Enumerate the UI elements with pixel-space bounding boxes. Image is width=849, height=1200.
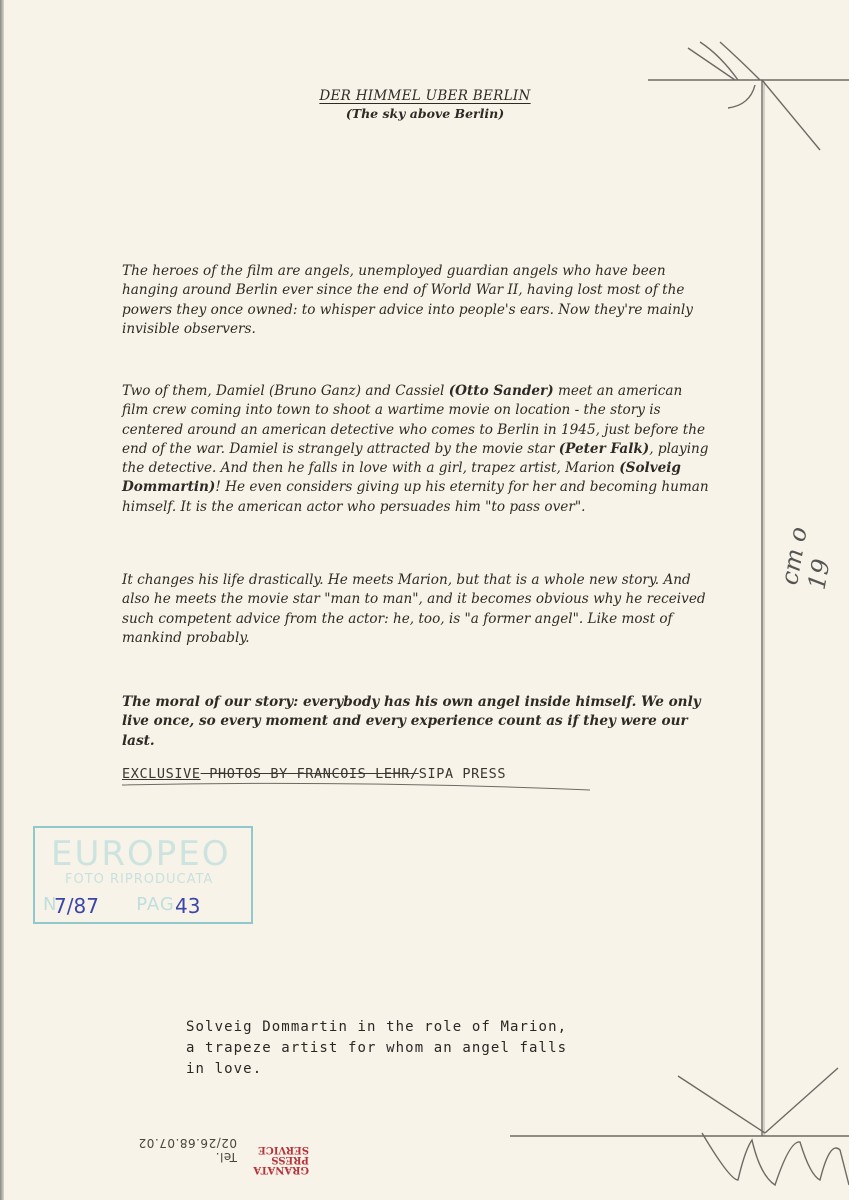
photo-credit: EXCLUSIVE PHOTOS BY FRANCOIS LEHR/SIPA P… [122,766,506,782]
granata-press-stamp: GRANATA PRESS SERVICE Tel. 02/26.68.07.0… [117,1136,317,1176]
granata-brand: GRANATA PRESS SERVICE [253,1144,309,1174]
paragraph-change: It changes his life drastically. He meet… [122,571,712,648]
paragraph-intro: The heroes of the film are angels, unemp… [122,262,712,339]
text-span: Two of them, Damiel (Bruno Ganz) and Cas… [122,383,449,399]
caption-line: in love. [186,1059,567,1080]
brand-line: GRANATA [253,1164,309,1174]
title-block: DER HIMMEL UBER BERLIN (The sky above Be… [240,88,610,121]
handwritten-issue-number: 7/87 [54,894,99,918]
brand-line: SERVICE [253,1144,309,1154]
granata-tel: Tel. 02/26.68.07.02 [117,1136,237,1164]
caption-line: a trapeze artist for whom an angel falls [186,1038,567,1059]
bold-actor-name: (Otto Sander) [449,383,554,399]
document-title: DER HIMMEL UBER BERLIN [240,88,610,104]
credit-struck-underlined: EXCLUSIVE [122,766,201,782]
document-subtitle: (The sky above Berlin) [240,106,610,121]
paragraph-moral: The moral of our story: everybody has hi… [122,693,712,751]
credit-struck: PHOTOS BY FRANCOIS LEHR/ [201,766,419,782]
credit-plain: SIPA PRESS [419,766,506,782]
bold-actor-name: (Peter Falk) [559,441,650,457]
caption-line: Solveig Dommartin in the role of Marion, [186,1017,567,1038]
paragraph-plot: Two of them, Damiel (Bruno Ganz) and Cas… [122,382,712,517]
stamp-name: EUROPEO [51,834,231,874]
brand-line: PRESS [253,1154,309,1164]
stamp-subtext: FOTO RIPRODUCATA [65,872,213,887]
handwritten-page-number: 43 [175,894,200,918]
photo-caption: Solveig Dommartin in the role of Marion,… [186,1017,567,1080]
